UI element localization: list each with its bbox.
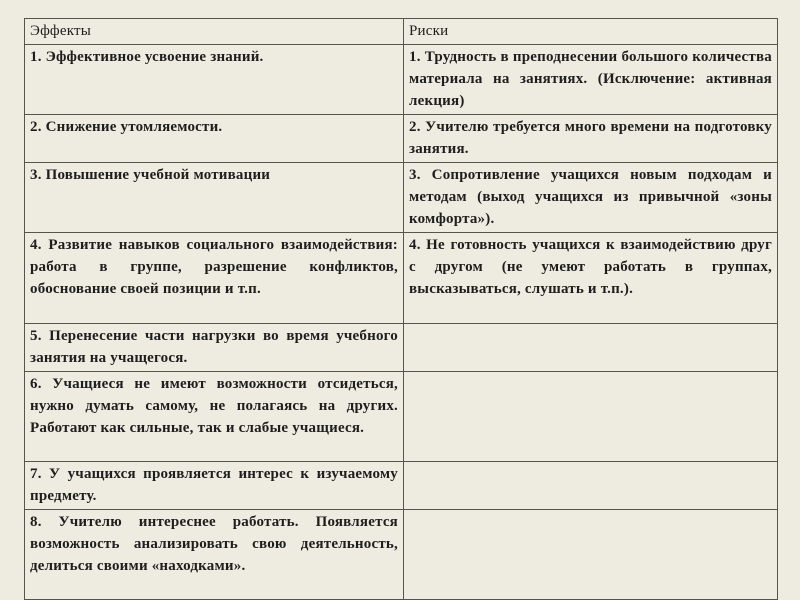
effect-cell: 7. У учащихся проявляется интерес к изуч… bbox=[25, 462, 404, 510]
header-risks: Риски bbox=[404, 19, 778, 45]
effect-cell: 2. Снижение утомляемости. bbox=[25, 115, 404, 163]
effect-cell: 8. Учителю интереснее работать. Появляет… bbox=[25, 510, 404, 600]
risk-cell-empty bbox=[404, 462, 778, 510]
table-row: 6. Учащиеся не имеют возможности отсидет… bbox=[25, 372, 778, 462]
risk-cell-empty bbox=[404, 372, 778, 462]
effect-cell: 4. Развитие навыков социального взаимоде… bbox=[25, 233, 404, 324]
risk-cell: 4. Не готовность учащихся к взаимодейств… bbox=[404, 233, 778, 324]
effect-cell: 1. Эффективное усвоение знаний. bbox=[25, 45, 404, 115]
risk-cell-empty bbox=[404, 324, 778, 372]
table-row: 4. Развитие навыков социального взаимоде… bbox=[25, 233, 778, 324]
header-effects: Эффекты bbox=[25, 19, 404, 45]
effect-cell: 5. Перенесение части нагрузки во время у… bbox=[25, 324, 404, 372]
table-row: 5. Перенесение части нагрузки во время у… bbox=[25, 324, 778, 372]
table-row: 2. Снижение утомляемости. 2. Учителю тре… bbox=[25, 115, 778, 163]
risk-cell: 3. Сопротивление учащихся новым подходам… bbox=[404, 163, 778, 233]
risk-cell: 2. Учителю требуется много времени на по… bbox=[404, 115, 778, 163]
table-header-row: Эффекты Риски bbox=[25, 19, 778, 45]
table-row: 1. Эффективное усвоение знаний. 1. Трудн… bbox=[25, 45, 778, 115]
effects-risks-table: Эффекты Риски 1. Эффективное усвоение зн… bbox=[24, 18, 778, 600]
table-row: 7. У учащихся проявляется интерес к изуч… bbox=[25, 462, 778, 510]
risk-cell: 1. Трудность в преподнесении большого ко… bbox=[404, 45, 778, 115]
table-row: 8. Учителю интереснее работать. Появляет… bbox=[25, 510, 778, 600]
table-row: 3. Повышение учебной мотивации 3. Сопрот… bbox=[25, 163, 778, 233]
effect-cell: 3. Повышение учебной мотивации bbox=[25, 163, 404, 233]
effect-cell: 6. Учащиеся не имеют возможности отсидет… bbox=[25, 372, 404, 462]
risk-cell-empty bbox=[404, 510, 778, 600]
